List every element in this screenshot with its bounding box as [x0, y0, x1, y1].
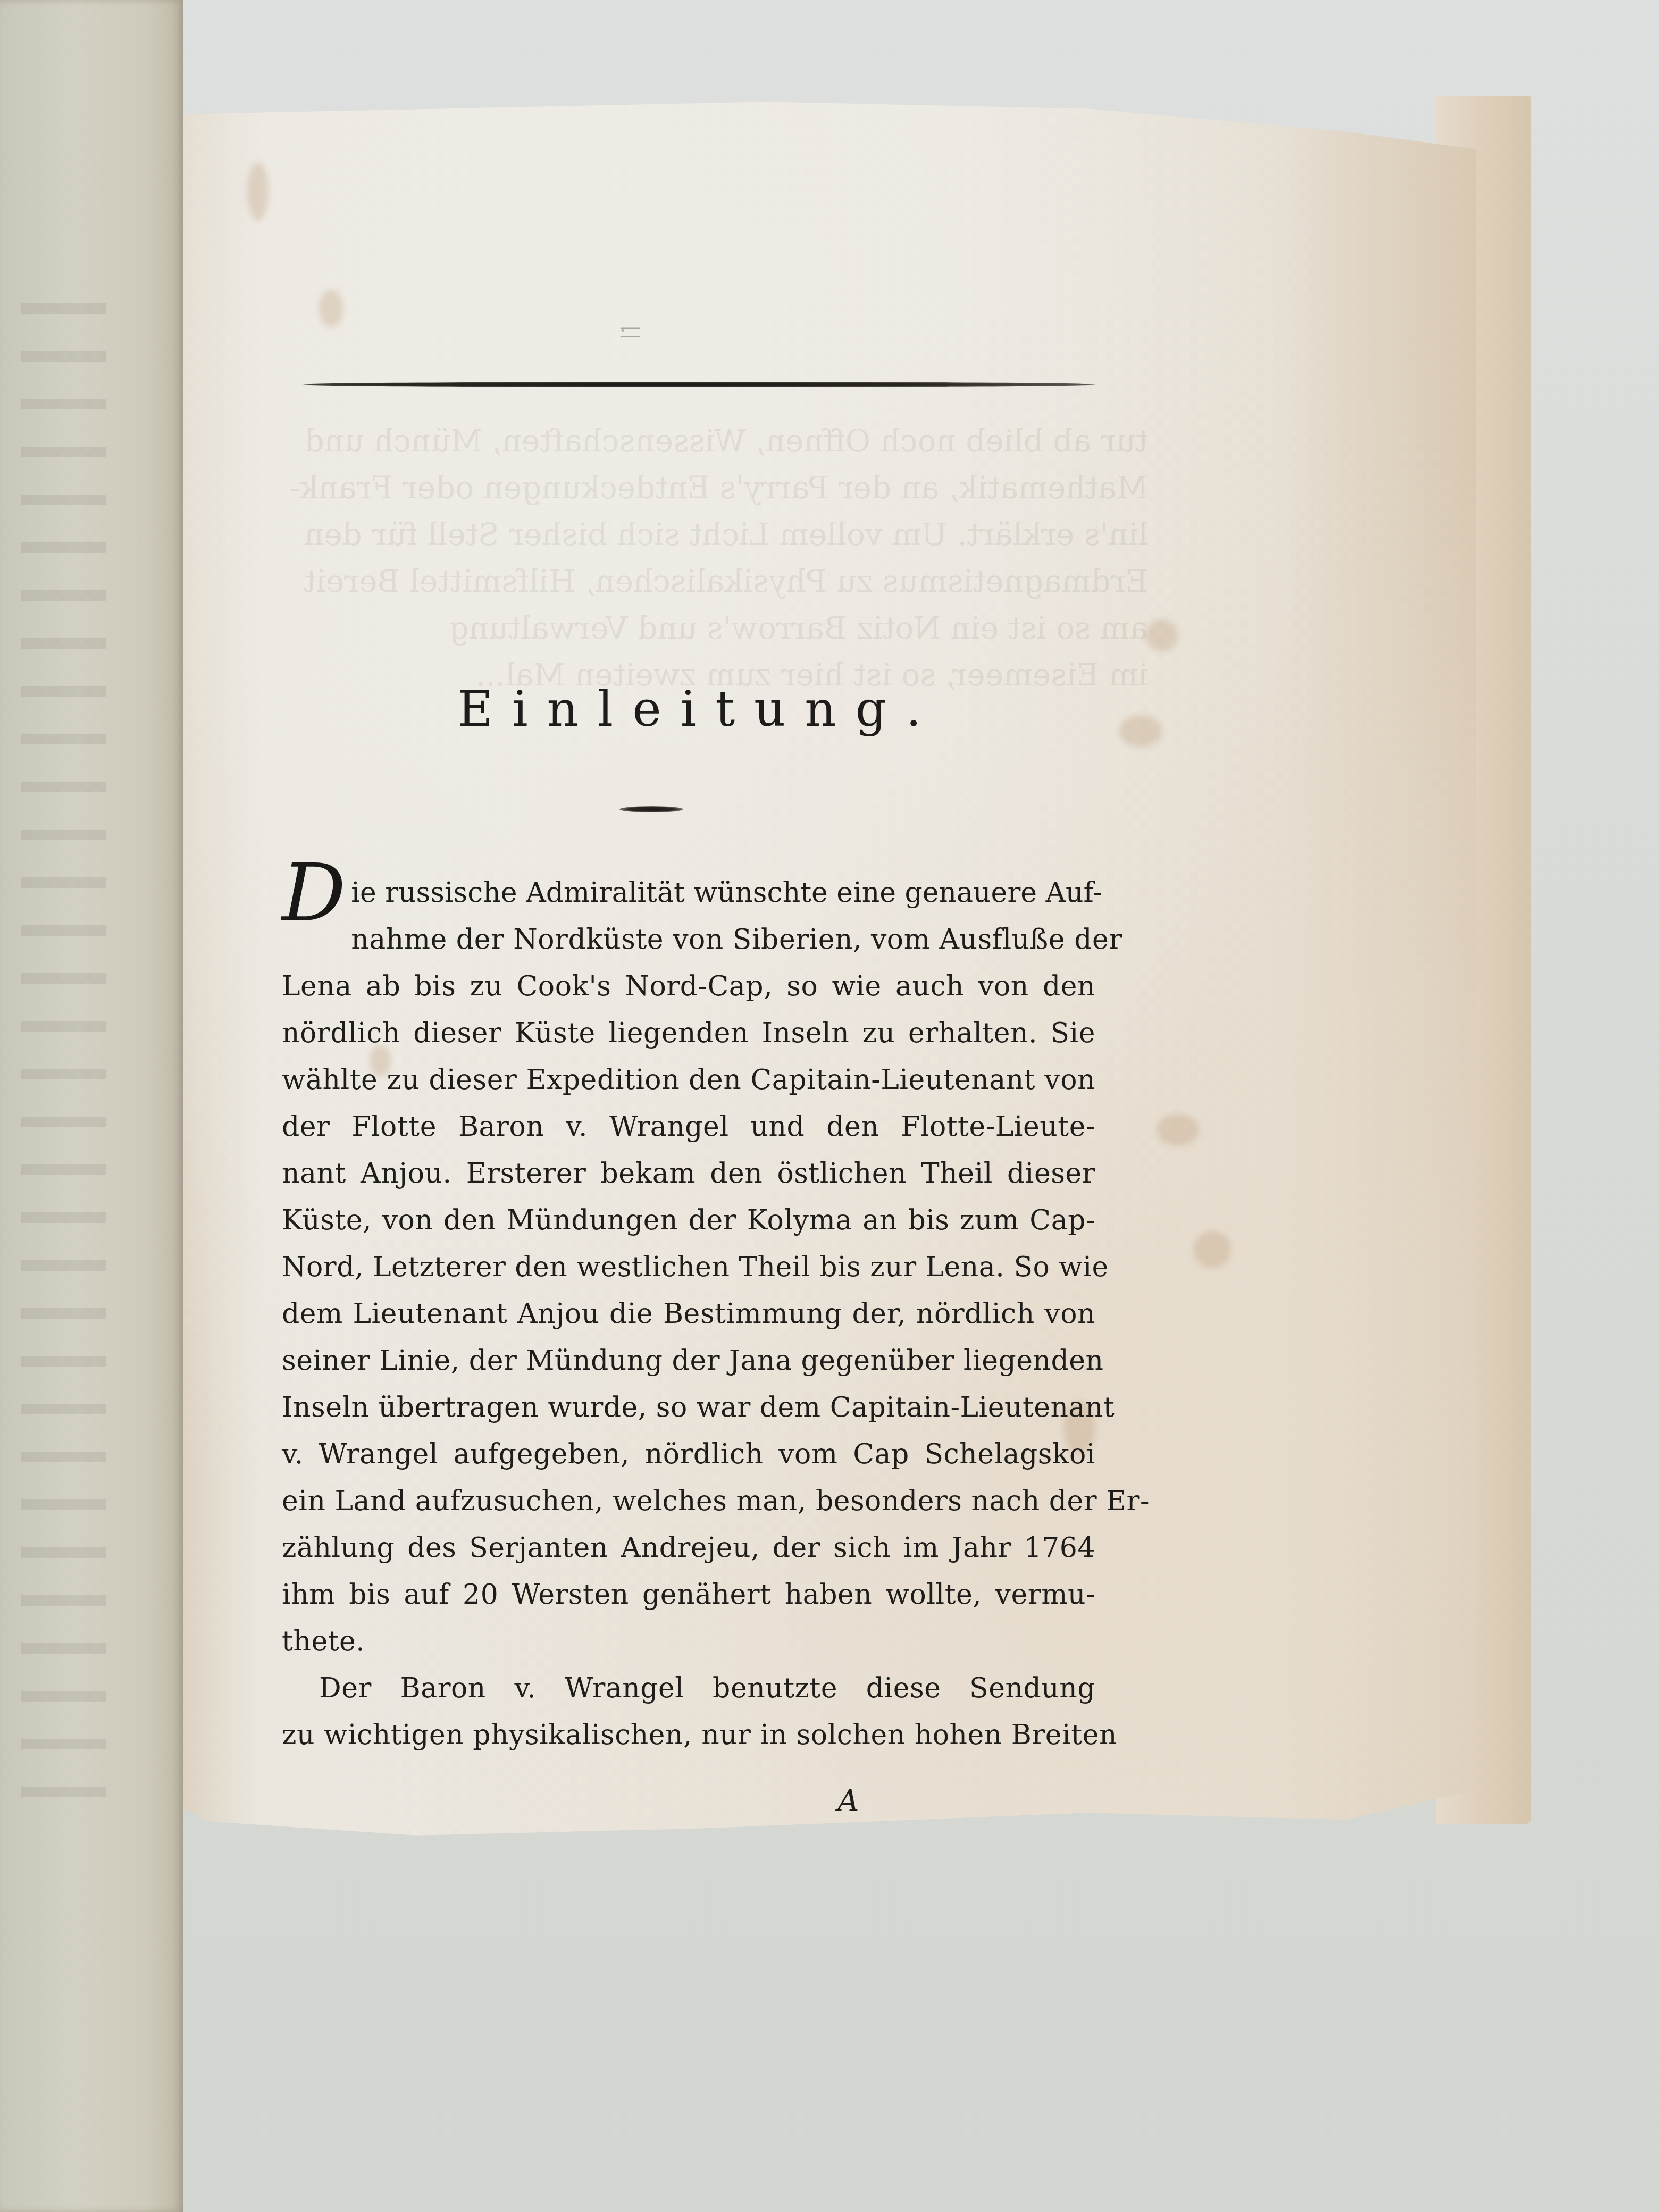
text-line: zu wichtigen physikalischen, nur in solc… [282, 1712, 1095, 1758]
text-line: v. Wrangel aufgegeben, nördlich vom Cap … [282, 1431, 1095, 1478]
text-line: wählte zu dieser Expedition den Capitain… [282, 1057, 1095, 1103]
text-line: nant Anjou. Ersterer bekam den östlichen… [282, 1150, 1095, 1197]
text-line: zählung des Serjanten Andrejeu, der sich… [282, 1524, 1095, 1571]
text-line: ein Land aufzusuchen, welches man, beson… [282, 1478, 1095, 1524]
foxing-stain [1119, 715, 1162, 747]
foxing-stain [247, 162, 269, 221]
top-ornament: — · — [619, 324, 667, 329]
signature-mark: A [837, 1784, 859, 1819]
header-rule [303, 382, 1095, 387]
text-line: Der Baron v. Wrangel benutzte diese Send… [282, 1665, 1095, 1712]
show-through-text: tur ab blieb noch Offnen, Wissenschaften… [290, 417, 1148, 698]
left-facing-page [0, 0, 183, 2212]
chapter-heading: Einleitung. [457, 681, 936, 738]
text-line: nördlich dieser Küste liegenden Inseln z… [282, 1010, 1095, 1057]
text-line: Inseln übertragen wurde, so war dem Capi… [282, 1384, 1095, 1431]
paragraph-1: D ie russische Admiralität wünschte eine… [282, 869, 1095, 1665]
left-page-bleed-through [21, 266, 106, 1808]
text-line: der Flotte Baron v. Wrangel und den Flot… [282, 1103, 1095, 1150]
paragraph-2: Der Baron v. Wrangel benutzte diese Send… [282, 1665, 1095, 1758]
text-line: Lena ab bis zu Cook's Nord-Cap, so wie a… [282, 963, 1095, 1010]
text-line: Küste, von den Mündungen der Kolyma an b… [282, 1197, 1095, 1244]
drop-cap: D [282, 859, 346, 928]
foxing-stain [1157, 1114, 1199, 1146]
foxing-stain [319, 290, 343, 327]
text-line: ihm bis auf 20 Wersten genähert haben wo… [282, 1571, 1095, 1618]
text-line: thete. [282, 1618, 1095, 1665]
text-line: nahme der Nordküste von Siberien, vom Au… [282, 916, 1095, 963]
text-line: dem Lieutenant Anjou die Bestimmung der,… [282, 1291, 1095, 1337]
text-line: ie russische Admiralität wünschte eine g… [282, 869, 1095, 916]
body-text: D ie russische Admiralität wünschte eine… [282, 869, 1095, 1758]
heading-ornament-rule [619, 806, 683, 812]
foxing-stain [1194, 1231, 1231, 1268]
foxing-stain [1146, 619, 1178, 651]
text-line: seiner Linie, der Mündung der Jana gegen… [282, 1337, 1095, 1384]
text-line: Nord, Letzterer den westlichen Theil bis… [282, 1244, 1095, 1291]
